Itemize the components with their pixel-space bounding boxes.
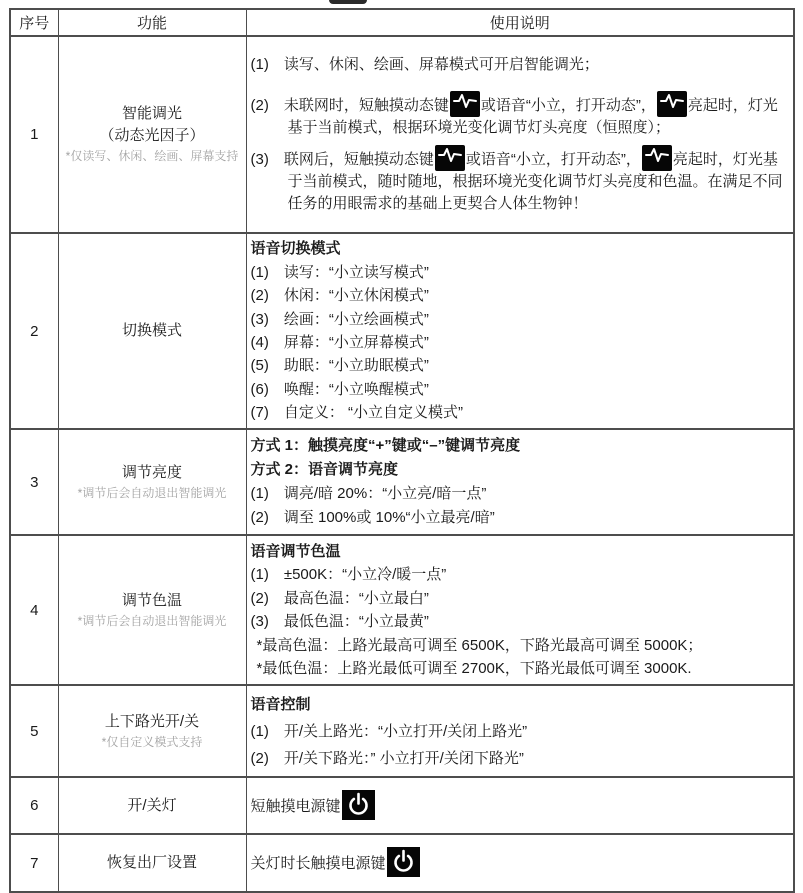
usage-line: (2) 最高色温：“小立最白”	[251, 587, 788, 611]
usage-line: (3) 绘画：“小立绘画模式”	[251, 308, 788, 331]
usage-line: (3) 联网后，短触摸动态键或语音“小立，打开动态”，亮起时，灯光基于当前模式，…	[251, 145, 788, 215]
usage-heading: 语音切换模式	[251, 237, 788, 260]
row-number: 6	[10, 777, 58, 834]
usage-cell: 语音切换模式 (1) 读写：“小立读写模式” (2) 休闲：“小立休闲模式” (…	[246, 233, 794, 429]
function-cell: 恢复出厂设置	[58, 834, 246, 892]
table-row-adjust-brightness: 3 调节亮度 *调节后会自动退出智能调光 方式 1：触摸亮度“+”键或“–”键调…	[10, 429, 794, 535]
usage-line: (2) 调至 100%或 10%“小立最亮/暗”	[251, 506, 788, 530]
row-number: 2	[10, 233, 58, 429]
usage-line: (2) 开/关下路光：” 小立打开/关闭下路光”	[251, 745, 788, 772]
function-cell: 切换模式	[58, 233, 246, 429]
usage-line: (2) 未联网时，短触摸动态键或语音“小立，打开动态”，亮起时，灯光基于当前模式…	[251, 91, 788, 139]
function-title: 恢复出厂设置	[59, 852, 246, 874]
usage-footnote: *最低色温：上路光最低可调至 2700K，下路光最低可调至 3000K.	[251, 657, 788, 681]
usage-heading: 方式 1：触摸亮度“+”键或“–”键调节亮度	[251, 434, 788, 458]
usage-line: (3) 最低色温：“小立最黄”	[251, 610, 788, 634]
table-header-row: 序号 功能 使用说明	[10, 9, 794, 36]
usage-line: (1) 读写：“小立读写模式”	[251, 261, 788, 284]
usage-text: (3) 联网后，短触摸动态键	[251, 151, 434, 168]
table-row-switch-mode: 2 切换模式 语音切换模式 (1) 读写：“小立读写模式” (2) 休闲：“小立…	[10, 233, 794, 429]
power-key-icon	[387, 847, 420, 877]
function-title: 调节色温	[59, 590, 246, 612]
table-row-adjust-color-temperature: 4 调节色温 *调节后会自动退出智能调光 语音调节色温 (1) ±500K：“小…	[10, 535, 794, 685]
function-cell: 调节色温 *调节后会自动退出智能调光	[58, 535, 246, 685]
function-cell: 调节亮度 *调节后会自动退出智能调光	[58, 429, 246, 535]
usage-line: (1) ±500K：“小立冷/暖一点”	[251, 563, 788, 587]
dynamic-key-icon	[642, 145, 672, 171]
function-note: *调节后会自动退出智能调光	[59, 484, 246, 503]
usage-heading: 方式 2：语音调节亮度	[251, 458, 788, 482]
usage-cell: 短触摸电源键	[246, 777, 794, 834]
header-usage-instructions: 使用说明	[246, 9, 794, 36]
table-row-upper-lower-light-switch: 5 上下路光开/关 *仅自定义模式支持 语音控制 (1) 开/关上路光：“小立打…	[10, 685, 794, 777]
usage-heading: 语音控制	[251, 691, 788, 718]
usage-line: 短触摸电源键	[251, 790, 788, 822]
function-subtitle: （动态光因子）	[59, 125, 246, 147]
power-key-icon	[342, 790, 375, 820]
usage-text: (2) 未联网时，短触摸动态键	[251, 97, 449, 114]
usage-text: 短触摸电源键	[251, 798, 341, 815]
function-note: *仅自定义模式支持	[59, 733, 246, 752]
dynamic-key-icon	[450, 91, 480, 117]
row-number: 4	[10, 535, 58, 685]
usage-line: (6) 唤醒：“小立唤醒模式”	[251, 378, 788, 401]
function-cell: 开/关灯	[58, 777, 246, 834]
usage-line: (1) 开/关上路光：“小立打开/关闭上路光”	[251, 718, 788, 745]
function-title: 开/关灯	[59, 795, 246, 817]
cropped-top-artifact	[329, 0, 367, 4]
table-row-lamp-on-off: 6 开/关灯 短触摸电源键	[10, 777, 794, 834]
usage-instructions-table: 序号 功能 使用说明 1 智能调光 （动态光因子） *仅读写、休闲、绘画、屏幕支…	[9, 8, 795, 893]
function-title: 切换模式	[59, 320, 246, 342]
header-serial-number: 序号	[10, 9, 58, 36]
usage-line: (4) 屏幕：“小立屏幕模式”	[251, 331, 788, 354]
usage-line: (5) 助眠：“小立助眠模式”	[251, 354, 788, 377]
usage-text: 或语音“小立，打开动态”，	[466, 151, 641, 168]
usage-line: (2) 休闲：“小立休闲模式”	[251, 284, 788, 307]
usage-cell: (1) 读写、休闲、绘画、屏幕模式可开启智能调光； (2) 未联网时，短触摸动态…	[246, 36, 794, 233]
dynamic-key-icon	[435, 145, 465, 171]
function-cell: 上下路光开/关 *仅自定义模式支持	[58, 685, 246, 777]
usage-heading: 语音调节色温	[251, 540, 788, 564]
row-number: 1	[10, 36, 58, 233]
usage-cell: 语音调节色温 (1) ±500K：“小立冷/暖一点” (2) 最高色温：“小立最…	[246, 535, 794, 685]
header-function: 功能	[58, 9, 246, 36]
function-title: 上下路光开/关	[59, 711, 246, 733]
row-number: 7	[10, 834, 58, 892]
table-row-factory-reset: 7 恢复出厂设置 关灯时长触摸电源键	[10, 834, 794, 892]
row-number: 5	[10, 685, 58, 777]
dynamic-key-icon	[657, 91, 687, 117]
row-number: 3	[10, 429, 58, 535]
usage-text: 关灯时长触摸电源键	[251, 855, 386, 872]
table-row-smart-dimming: 1 智能调光 （动态光因子） *仅读写、休闲、绘画、屏幕支持 (1) 读写、休闲…	[10, 36, 794, 233]
function-note: *调节后会自动退出智能调光	[59, 612, 246, 631]
function-title: 智能调光	[59, 103, 246, 125]
usage-line: (1) 读写、休闲、绘画、屏幕模式可开启智能调光；	[251, 54, 788, 76]
usage-cell: 关灯时长触摸电源键	[246, 834, 794, 892]
function-note: *仅读写、休闲、绘画、屏幕支持	[59, 147, 246, 166]
function-title: 调节亮度	[59, 462, 246, 484]
usage-line: (7) 自定义： “小立自定义模式”	[251, 401, 788, 424]
usage-footnote: *最高色温：上路光最高可调至 6500K，下路光最高可调至 5000K；	[251, 634, 788, 658]
usage-cell: 方式 1：触摸亮度“+”键或“–”键调节亮度 方式 2：语音调节亮度 (1) 调…	[246, 429, 794, 535]
function-cell: 智能调光 （动态光因子） *仅读写、休闲、绘画、屏幕支持	[58, 36, 246, 233]
usage-line: 关灯时长触摸电源键	[251, 847, 788, 879]
usage-cell: 语音控制 (1) 开/关上路光：“小立打开/关闭上路光” (2) 开/关下路光：…	[246, 685, 794, 777]
usage-text: 或语音“小立，打开动态”，	[481, 97, 656, 114]
usage-line: (1) 调亮/暗 20%：“小立亮/暗一点”	[251, 482, 788, 506]
